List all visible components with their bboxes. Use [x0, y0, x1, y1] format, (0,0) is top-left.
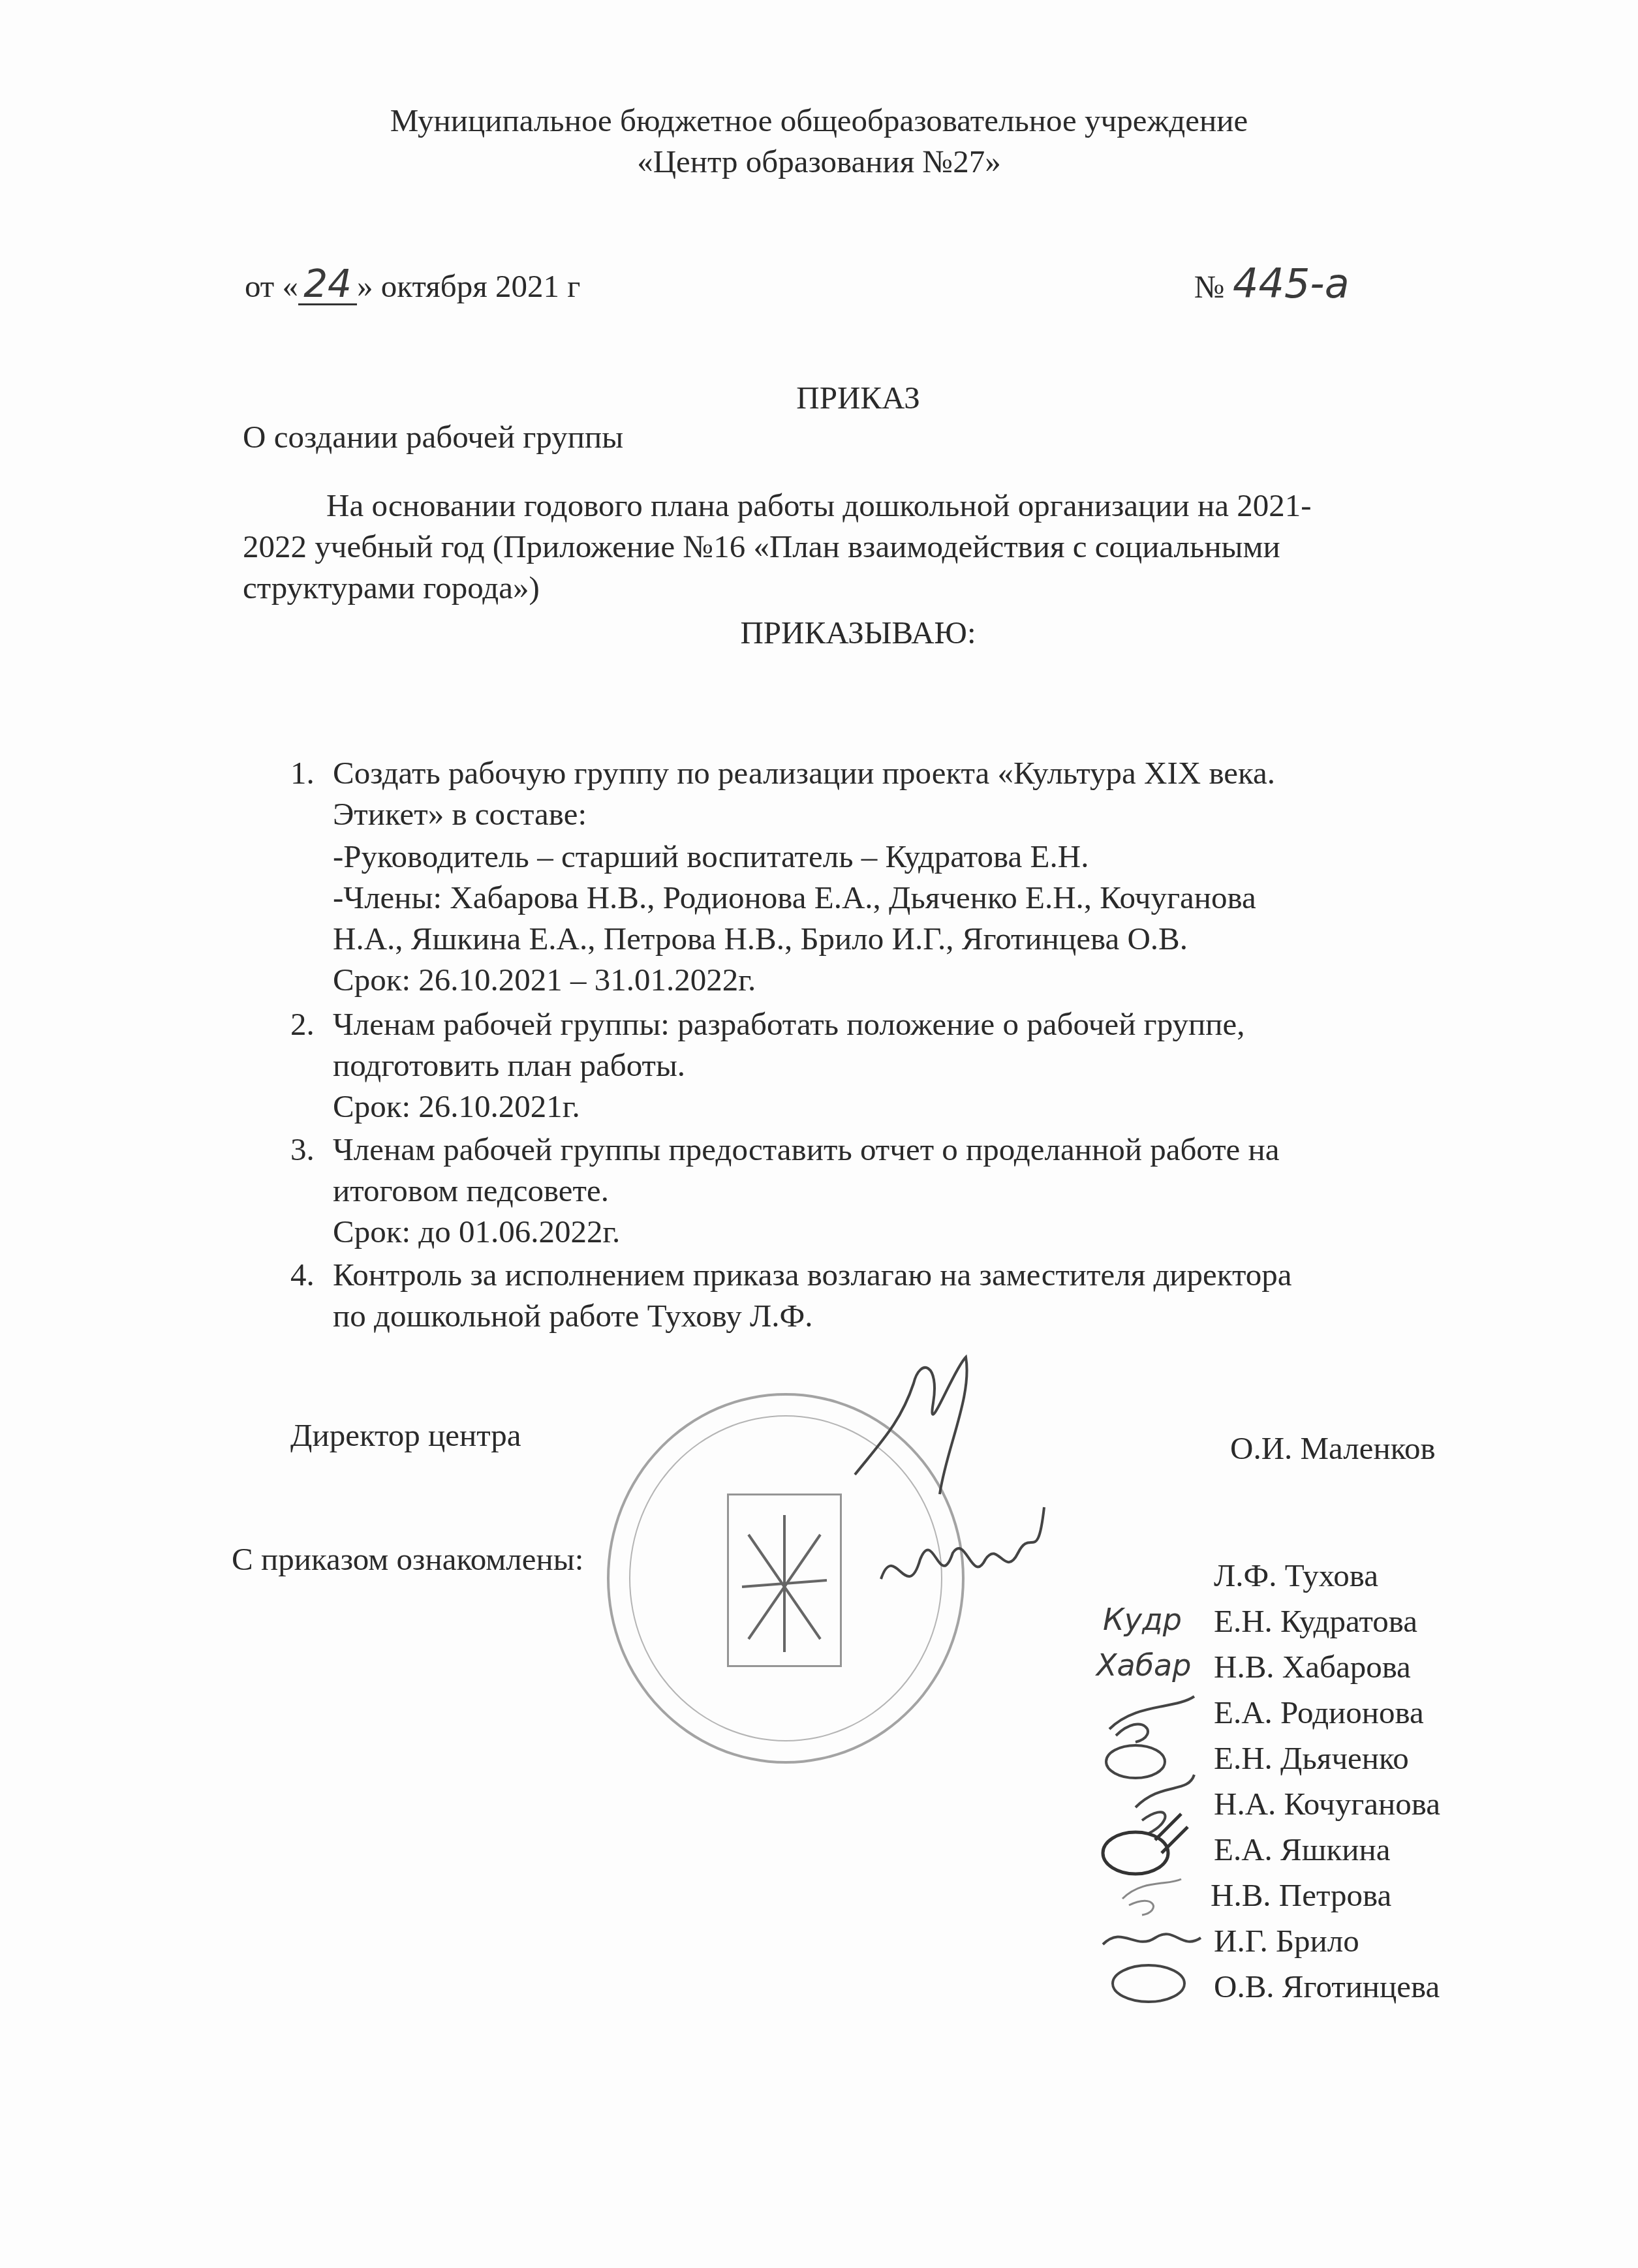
director-signature-icon: [842, 1344, 985, 1514]
item-1-line-4: -Члены: Хабарова Н.В., Родионова Е.А., Д…: [333, 878, 1256, 917]
acquainted-name-5: Е.Н. Дьяченко: [1214, 1739, 1409, 1778]
acquainted-name-6: Н.А. Кочуганова: [1214, 1785, 1440, 1824]
preamble-line-3: структурами города»): [243, 568, 540, 607]
item-2-line-2: подготовить план работы.: [333, 1046, 685, 1085]
number-label: №: [1194, 269, 1225, 305]
item-1-line-1: Создать рабочую группу по реализации про…: [333, 754, 1275, 793]
director-position: Директор центра: [290, 1416, 521, 1455]
item-3-line-2: итоговом педсовете.: [333, 1171, 609, 1210]
order-date: от «24» октября 2021 г: [245, 264, 580, 306]
item-1-number: 1.: [290, 754, 315, 793]
acquainted-name-7: Е.А. Яшкина: [1214, 1830, 1390, 1869]
order-word: ПРИКАЗЫВАЮ:: [39, 613, 1638, 652]
director-name: О.И. Маленков: [1230, 1429, 1436, 1468]
item-4-number: 4.: [290, 1255, 315, 1295]
order-subject: О создании рабочей группы: [243, 418, 623, 457]
stamp-emblem-icon: [727, 1494, 842, 1667]
item-2-line-3: Срок: 26.10.2021г.: [333, 1087, 580, 1126]
institution-line-1: Муниципальное бюджетное общеобразователь…: [0, 101, 1638, 140]
item-3-line-3: Срок: до 01.06.2022г.: [333, 1212, 620, 1251]
institution-line-2: «Центр образования №27»: [0, 142, 1638, 181]
document-page: Муниципальное бюджетное общеобразователь…: [0, 0, 1638, 2268]
item-3-number: 3.: [290, 1130, 315, 1169]
acquainted-name-8: Н.В. Петрова: [1211, 1876, 1391, 1915]
acquainted-name-10: О.В. Яготинцева: [1214, 1967, 1440, 2006]
item-1-line-5: Н.А., Яшкина Е.А., Петрова Н.В., Брило И…: [333, 919, 1188, 958]
item-1-line-2: Этикет» в составе:: [333, 795, 587, 834]
kudratova-signature: Кудр: [1103, 1602, 1182, 1637]
item-3-line-1: Членам рабочей группы предоставить отчет…: [333, 1130, 1280, 1169]
document-title: ПРИКАЗ: [39, 378, 1638, 418]
date-suffix: » октября 2021 г: [357, 268, 580, 304]
item-4-line-2: по дошкольной работе Тухову Л.Ф.: [333, 1296, 813, 1336]
date-prefix: от «: [245, 268, 298, 304]
date-day-handwritten: 24: [298, 264, 357, 305]
order-number: № 445-а: [1194, 264, 1350, 307]
item-4-line-1: Контроль за исполнением приказа возлагаю…: [333, 1255, 1292, 1295]
acquainted-name-3: Н.В. Хабарова: [1214, 1647, 1411, 1687]
acquainted-name-2: Е.Н. Кудратова: [1214, 1602, 1417, 1641]
tukhova-signature-icon: [874, 1501, 1070, 1631]
khabarova-signature: Хабар: [1096, 1647, 1191, 1683]
number-handwritten: 445-а: [1233, 260, 1350, 307]
item-2-line-1: Членам рабочей группы: разработать полож…: [333, 1005, 1245, 1044]
item-2-number: 2.: [290, 1005, 315, 1044]
member-signatures-icon: [1096, 1690, 1214, 2016]
acquainted-name-9: И.Г. Брило: [1214, 1922, 1359, 1961]
item-1-line-6: Срок: 26.10.2021 – 31.01.2022г.: [333, 960, 756, 1000]
preamble-line-2: 2022 учебный год (Приложение №16 «План в…: [243, 527, 1280, 566]
acquainted-label: С приказом ознакомлены:: [232, 1540, 583, 1579]
acquainted-name-4: Е.А. Родионова: [1214, 1693, 1424, 1732]
acquainted-name-1: Л.Ф. Тухова: [1214, 1556, 1378, 1595]
item-1-line-3: -Руководитель – старший воспитатель – Ку…: [333, 837, 1089, 876]
preamble-line-1: На основании годового плана работы дошко…: [326, 486, 1312, 525]
